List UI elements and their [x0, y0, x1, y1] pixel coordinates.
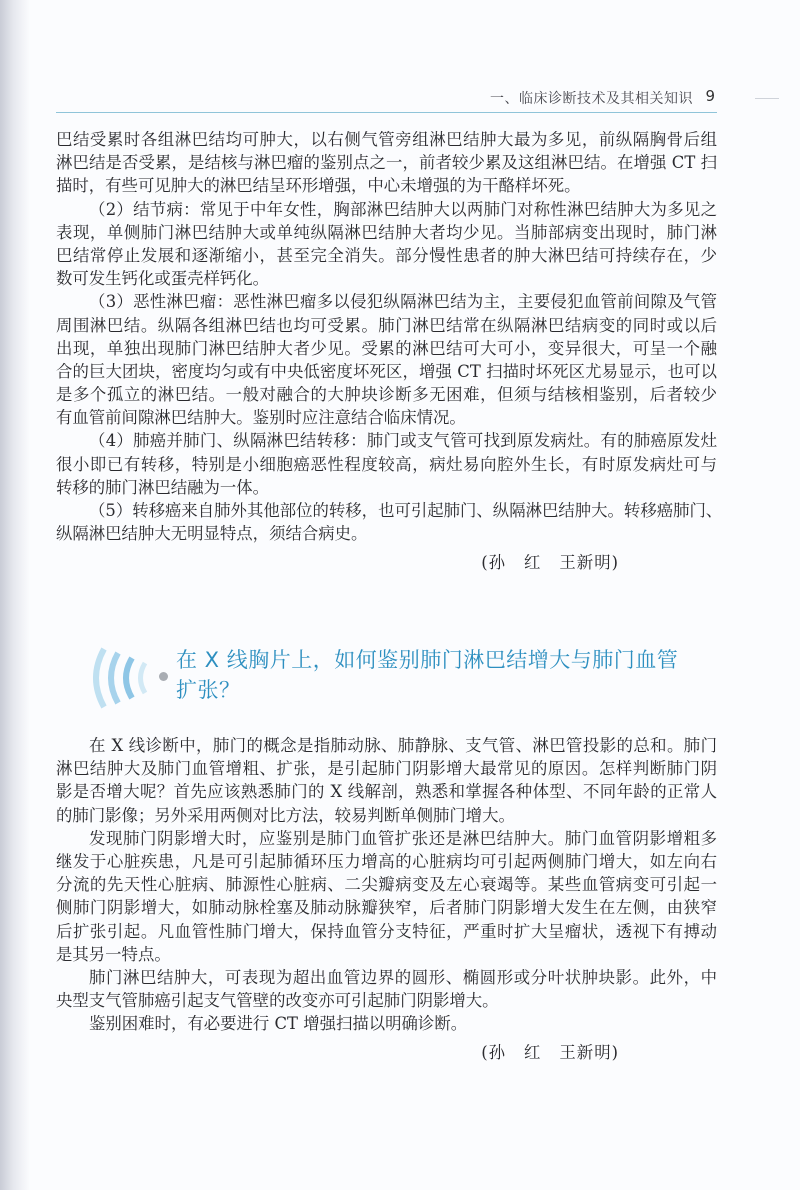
text-line: 巴结常停止发展和逐渐缩小，甚至完全消失。部分慢性患者的肿大淋巴结可持续存在，少 [56, 244, 717, 267]
text-line: 转移的肺门淋巴结融为一体。 [56, 476, 717, 499]
paren-close: ) [612, 553, 619, 572]
text-line: 影是否增大呢？首先应该熟悉肺门的 X 线解剖，熟悉和掌握各种体型、不同年龄的正常… [56, 780, 717, 803]
text-line: （5）转移癌来自肺外其他部位的转移，也可引起肺门、纵隔淋巴结肿大。转移癌肺门、 [56, 499, 717, 522]
text-line: 有血管前间隙淋巴结肿大。鉴别时应注意结合临床情况。 [56, 406, 717, 429]
page-bottom-edge [0, 1190, 800, 1200]
text-line: 表现，单侧肺门淋巴结肿大或单纯纵隔淋巴结肿大者均少见。当肺部病变出现时，肺门淋 [56, 221, 717, 244]
author-surname: 孙 [489, 553, 506, 572]
section-title: 在 X 线胸片上，如何鉴别肺门淋巴结增大与肺门血管 扩张？ [176, 645, 678, 705]
author-given: 红 [524, 1043, 541, 1062]
author-given: 红 [524, 553, 541, 572]
section-title-line: 在 X 线胸片上，如何鉴别肺门淋巴结增大与肺门血管 [176, 645, 678, 675]
text-line: 数可发生钙化或蛋壳样钙化。 [56, 267, 717, 290]
text-line: 淋巴结肿大及肺门血管增粗、扩张，是引起肺门阴影增大最常见的原因。怎样判断肺门阴 [56, 757, 717, 780]
text-line: 后扩张引起。凡血管性肺门增大，保持血管分支特征，严重时扩大呈瘤状，透视下有搏动 [56, 920, 717, 943]
heading-bullet-dot [159, 672, 168, 681]
author-name: 王新明 [559, 1043, 611, 1062]
section-1-body: 巴结受累时各组淋巴结均可肿大，以右侧气管旁组淋巴结肿大最为多见，前纵隔胸骨后组 … [56, 128, 717, 575]
paragraph-lymphoma: （3）恶性淋巴瘤：恶性淋巴瘤多以侵犯纵隔淋巴结为主，主要侵犯血管前间隙及气管 周… [56, 290, 717, 429]
author-name: 王新明 [559, 553, 611, 572]
text-line: 的肺门影像；另外采用两侧对比方法，较易判断单侧肺门增大。 [56, 804, 717, 827]
author-surname: 孙 [489, 1043, 506, 1062]
paragraph-vascular-differentiation: 发现肺门阴影增大时，应鉴别是肺门血管扩张还是淋巴结肿大。肺门血管阴影增粗多 继发… [56, 827, 717, 966]
text-line: 巴结受累时各组淋巴结均可肿大，以右侧气管旁组淋巴结肿大最为多见，前纵隔胸骨后组 [56, 128, 717, 151]
text-line: 继发于心脏疾患，凡是可引起肺循环压力增高的心脏病均可引起两侧肺门增大，如左向右 [56, 850, 717, 873]
paren-open: ( [481, 553, 488, 572]
paren-open: ( [481, 1043, 488, 1062]
text-line: （2）结节病：常见于中年女性，胸部淋巴结肿大以两肺门对称性淋巴结肿大为多见之 [56, 198, 717, 221]
paragraph-sarcoidosis: （2）结节病：常见于中年女性，胸部淋巴结肿大以两肺门对称性淋巴结肿大为多见之 表… [56, 198, 717, 291]
text-line: 鉴别困难时，有必要进行 CT 增强扫描以明确诊断。 [56, 1012, 717, 1035]
paragraph-lymph-node-enlargement: 肺门淋巴结肿大，可表现为超出血管边界的圆形、椭圆形或分叶状肿块影。此外，中 央型… [56, 966, 717, 1012]
text-line: 出现，单独出现肺门淋巴结肿大者少见。受累的淋巴结可大可小，变异很大，可呈一个融 [56, 337, 717, 360]
page-gutter-shadow [0, 0, 30, 1200]
text-line: 淋巴结是否受累，是结核与淋巴瘤的鉴别点之一，前者较少累及这组淋巴结。在增强 CT… [56, 151, 717, 174]
text-line: （4）肺癌并肺门、纵隔淋巴结转移：肺门或支气管可找到原发病灶。有的肺癌原发灶 [56, 429, 717, 452]
text-line: 合的巨大团块，密度均匀或有中央低密度坏死区，增强 CT 扫描时坏死区尤易显示，也… [56, 360, 717, 383]
paragraph-hilum-concept: 在 X 线诊断中，肺门的概念是指肺动脉、肺静脉、支气管、淋巴管投影的总和。肺门 … [56, 734, 717, 827]
header-dash-mark [755, 98, 779, 99]
section-2-body: 在 X 线诊断中，肺门的概念是指肺动脉、肺静脉、支气管、淋巴管投影的总和。肺门 … [56, 734, 717, 1065]
text-line: （3）恶性淋巴瘤：恶性淋巴瘤多以侵犯纵隔淋巴结为主，主要侵犯血管前间隙及气管 [56, 290, 717, 313]
text-line: 分流的先天性心脏病、肺源性心脏病、二尖瓣病变及左心衰竭等。某些血管病变可引起一 [56, 873, 717, 896]
paren-close: ) [612, 1043, 619, 1062]
text-line: 周围淋巴结。纵隔各组淋巴结也均可受累。肺门淋巴结常在纵隔淋巴结病变的同时或以后 [56, 314, 717, 337]
text-line: 描时，有些可见肿大的淋巴结呈环形增强，中心未增强的为干酪样坏死。 [56, 174, 717, 197]
text-line: 在 X 线诊断中，肺门的概念是指肺动脉、肺静脉、支气管、淋巴管投影的总和。肺门 [56, 734, 717, 757]
text-line: 肺门淋巴结肿大，可表现为超出血管边界的圆形、椭圆形或分叶状肿块影。此外，中 [56, 966, 717, 989]
paragraph-lung-cancer-metastasis: （4）肺癌并肺门、纵隔淋巴结转移：肺门或支气管可找到原发病灶。有的肺癌原发灶 很… [56, 429, 717, 499]
author-byline: (孙红王新明) [56, 551, 717, 574]
text-line: 央型支气管肺癌引起支气管壁的改变亦可引起肺门阴影增大。 [56, 989, 717, 1012]
chapter-title: 一、临床诊断技术及其相关知识 [490, 88, 693, 108]
paragraph-metastatic-cancer: （5）转移癌来自肺外其他部位的转移，也可引起肺门、纵隔淋巴结肿大。转移癌肺门、 … [56, 499, 717, 545]
text-line: 纵隔淋巴结肿大无明显特点，须结合病史。 [56, 522, 717, 545]
text-line: 是其另一特点。 [56, 943, 717, 966]
section-title-line: 扩张？ [176, 675, 678, 705]
signal-waves-icon [90, 645, 160, 711]
running-header: 一、临床诊断技术及其相关知识 9 [56, 86, 717, 113]
text-line: 很小即已有转移，特别是小细胞癌恶性程度较高，病灶易向腔外生长，有时原发病灶可与 [56, 453, 717, 476]
section-heading: 在 X 线胸片上，如何鉴别肺门淋巴结增大与肺门血管 扩张？ [86, 645, 726, 715]
text-line: 是多个孤立的淋巴结。一般对融合的大肿块诊断多无困难，但须与结核相鉴别，后者较少 [56, 383, 717, 406]
paragraph-ct-recommendation: 鉴别困难时，有必要进行 CT 增强扫描以明确诊断。 [56, 1012, 717, 1035]
text-line: 侧肺门阴影增大，如肺动脉栓塞及肺动脉瓣狭窄，后者肺门阴影增大发生在左侧，由狭窄 [56, 896, 717, 919]
text-line: 发现肺门阴影增大时，应鉴别是肺门血管扩张还是淋巴结肿大。肺门血管阴影增粗多 [56, 827, 717, 850]
author-byline: (孙红王新明) [56, 1041, 717, 1064]
page-number: 9 [705, 87, 715, 105]
paragraph: 巴结受累时各组淋巴结均可肿大，以右侧气管旁组淋巴结肿大最为多见，前纵隔胸骨后组 … [56, 128, 717, 198]
